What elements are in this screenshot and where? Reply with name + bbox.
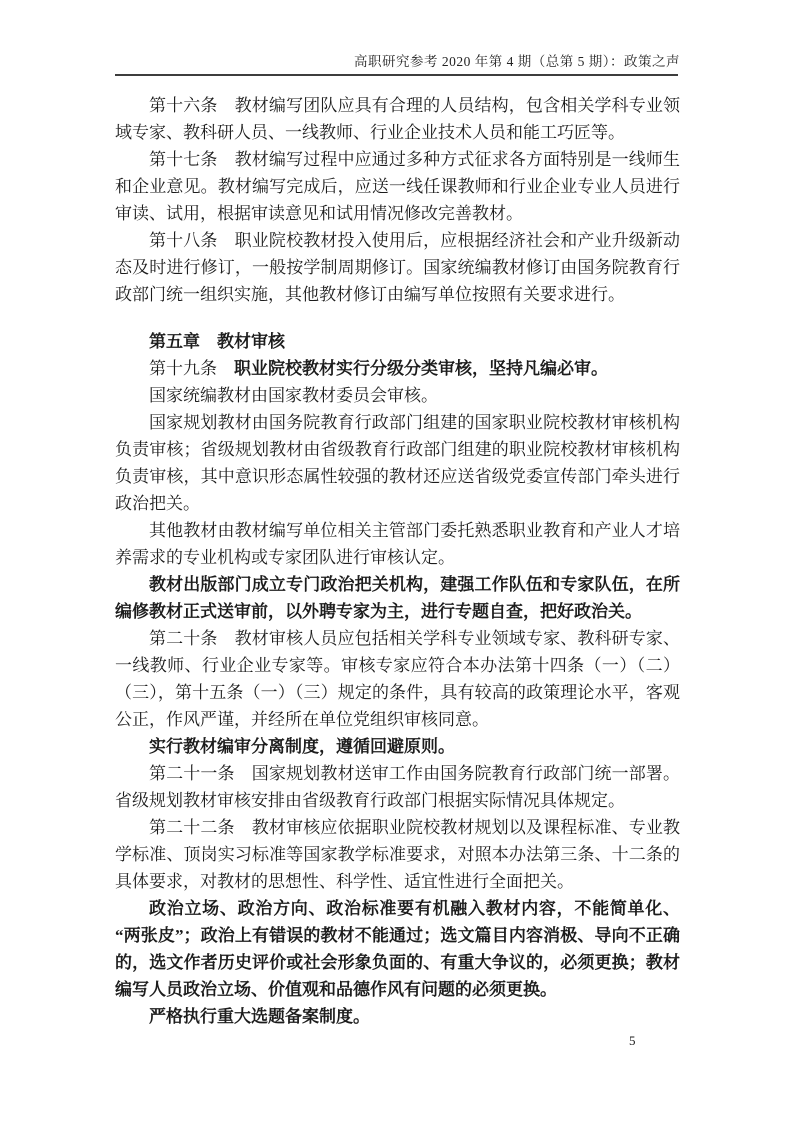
body-paragraph: 政治立场、政治方向、政治标准要有机融入教材内容，不能简单化、“两张皮”；政治上有…: [115, 895, 680, 1003]
text-segment: 第十七条 教材编写过程中应通过多种方式征求各方面特别是一线师生和企业意见。教材编…: [115, 150, 680, 223]
text-segment: 第十九条: [149, 359, 234, 378]
body-paragraph: 实行教材编审分离制度，遵循回避原则。: [115, 733, 680, 760]
body-paragraph: 其他教材由教材编写单位相关主管部门委托熟悉职业教育和产业人才培养需求的专业机构或…: [115, 517, 680, 571]
text-segment: 第十八条 职业院校教材投入使用后，应根据经济社会和产业升级新动态及时进行修订，一…: [115, 231, 680, 304]
text-segment: 职业院校教材实行分级分类审核，坚持凡编必审。: [234, 359, 608, 378]
text-segment: 实行教材编审分离制度，遵循回避原则。: [149, 737, 455, 756]
text-segment: 第十六条 教材编写团队应具有合理的人员结构，包含相关学科专业领域专家、教科研人员…: [115, 96, 680, 142]
text-segment: 教材出版部门成立专门政治把关机构，建强工作队伍和专家队伍，在所编修教材正式送审前…: [115, 575, 680, 621]
body-paragraph: 第二十二条 教材审核应依据职业院校教材规划以及课程标准、专业教学标准、顶岗实习标…: [115, 814, 680, 895]
body-paragraph: 第十七条 教材编写过程中应通过多种方式征求各方面特别是一线师生和企业意见。教材编…: [115, 146, 680, 227]
body-paragraph: 严格执行重大选题备案制度。: [115, 1003, 680, 1030]
document-body: 第十六条 教材编写团队应具有合理的人员结构，包含相关学科专业领域专家、教科研人员…: [115, 92, 680, 1030]
page: 高职研究参考 2020 年第 4 期（总第 5 期）：政策之声 第十六条 教材编…: [0, 0, 794, 1123]
document-page: { "header": { "journal_line": "高职研究参考 20…: [0, 0, 794, 1123]
text-segment: 第二十一条 国家规划教材送审工作由国务院教育行政部门统一部署。省级规划教材审核安…: [115, 764, 680, 810]
body-paragraph: 国家统编教材由国家教材委员会审核。: [115, 382, 680, 409]
body-paragraph: 第十六条 教材编写团队应具有合理的人员结构，包含相关学科专业领域专家、教科研人员…: [115, 92, 680, 146]
body-paragraph: 教材出版部门成立专门政治把关机构，建强工作队伍和专家队伍，在所编修教材正式送审前…: [115, 571, 680, 625]
body-paragraph: 第二十一条 国家规划教材送审工作由国务院教育行政部门统一部署。省级规划教材审核安…: [115, 760, 680, 814]
text-segment: 第二十二条 教材审核应依据职业院校教材规划以及课程标准、专业教学标准、顶岗实习标…: [115, 818, 680, 891]
body-paragraph: 第十八条 职业院校教材投入使用后，应根据经济社会和产业升级新动态及时进行修订，一…: [115, 227, 680, 308]
chapter-heading: 第五章 教材审核: [115, 328, 680, 355]
body-paragraph: 第十九条 职业院校教材实行分级分类审核，坚持凡编必审。: [115, 355, 680, 382]
page-number: 5: [629, 1033, 636, 1049]
header-rule: [115, 74, 678, 76]
text-segment: 政治立场、政治方向、政治标准要有机融入教材内容，不能简单化、“两张皮”；政治上有…: [115, 899, 680, 999]
journal-header-line: 高职研究参考 2020 年第 4 期（总第 5 期）：政策之声: [115, 53, 680, 71]
body-paragraph: 国家规划教材由国务院教育行政部门组建的国家职业院校教材审核机构负责审核；省级规划…: [115, 409, 680, 517]
text-segment: 第五章 教材审核: [149, 332, 285, 351]
text-segment: 严格执行重大选题备案制度。: [149, 1007, 370, 1026]
body-paragraph: 第二十条 教材审核人员应包括相关学科专业领域专家、教科研专家、一线教师、行业企业…: [115, 625, 680, 733]
text-segment: 第二十条 教材审核人员应包括相关学科专业领域专家、教科研专家、一线教师、行业企业…: [115, 629, 680, 729]
text-segment: 其他教材由教材编写单位相关主管部门委托熟悉职业教育和产业人才培养需求的专业机构或…: [115, 521, 680, 567]
text-segment: 国家统编教材由国家教材委员会审核。: [149, 386, 438, 405]
text-segment: 国家规划教材由国务院教育行政部门组建的国家职业院校教材审核机构负责审核；省级规划…: [115, 413, 680, 513]
